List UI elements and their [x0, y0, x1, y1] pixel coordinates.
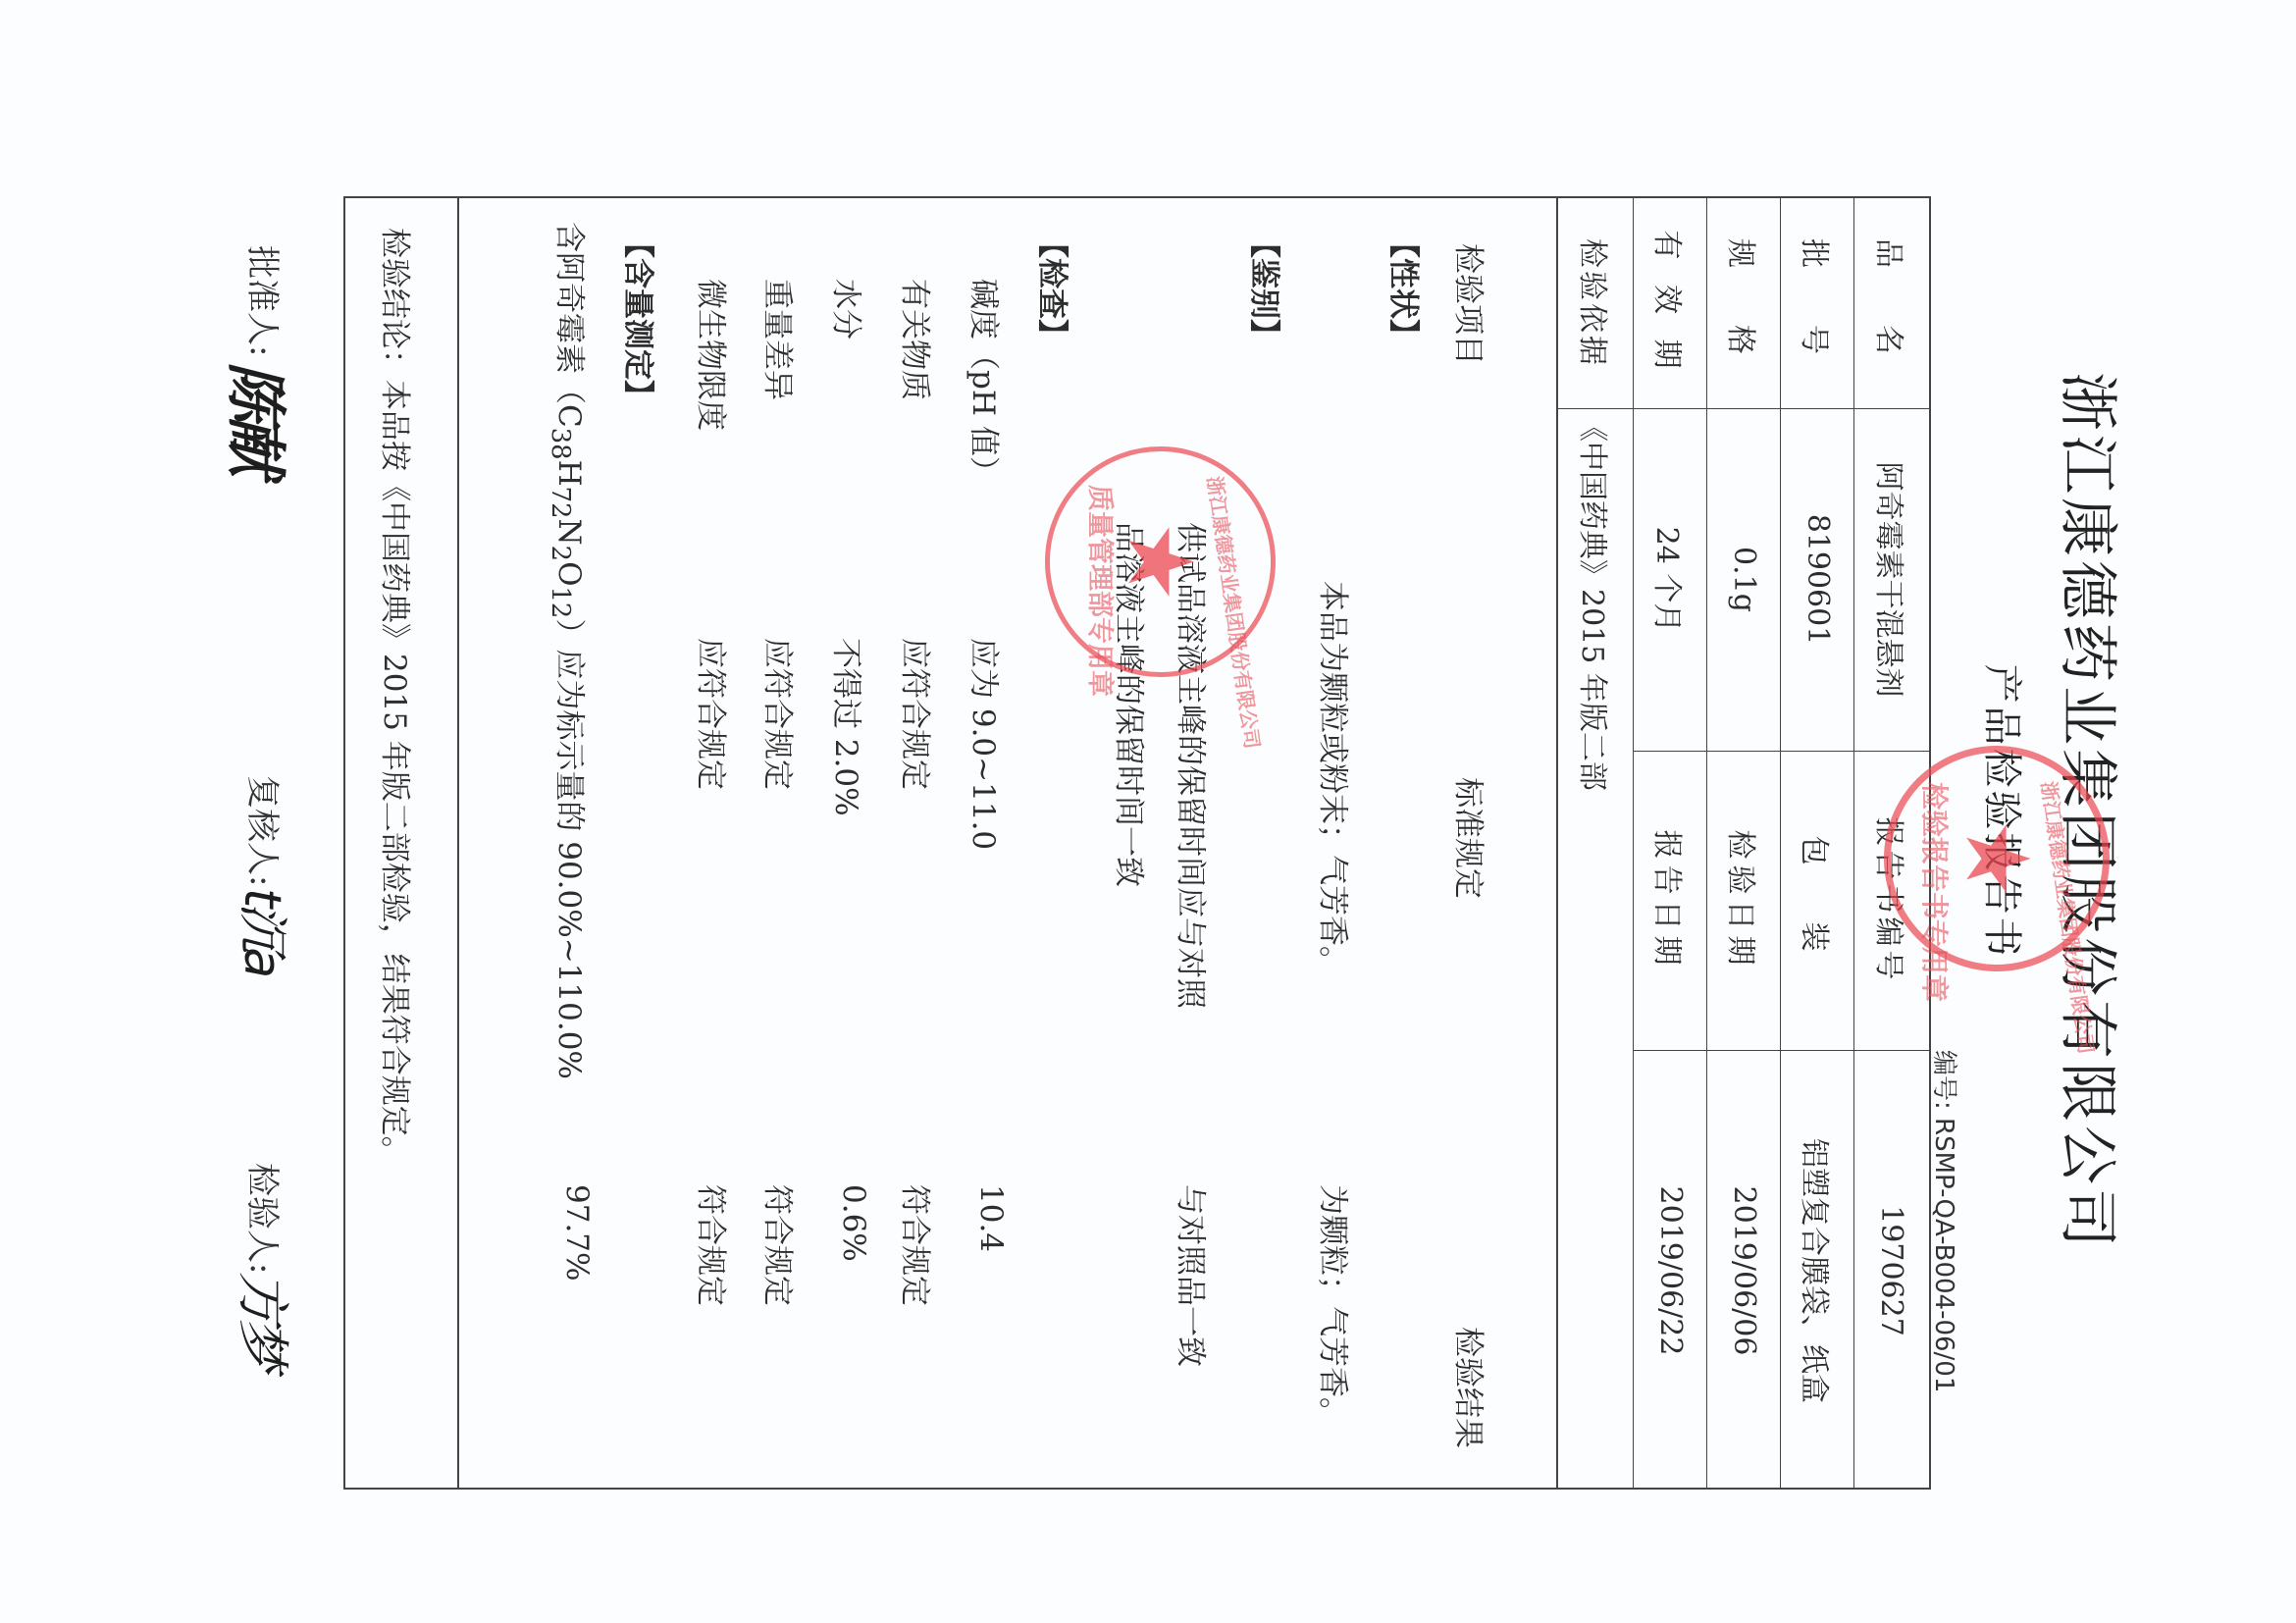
related-item: 有关物质	[896, 279, 940, 400]
validity-value: 24 个月	[1634, 408, 1707, 751]
package-label: 包 装	[1781, 751, 1854, 1050]
ph-result: 10.4	[973, 1184, 1009, 1252]
micro-result: 符合规定	[692, 1184, 736, 1306]
qa-seal-bottom-text: 质量管理部专用章	[1083, 485, 1122, 697]
basis-label: 检验依据	[1558, 198, 1634, 408]
report-date-label: 报告日期	[1634, 751, 1707, 1050]
section-identification: 【鉴别】	[1245, 228, 1289, 349]
report-no-value: 1970627	[1854, 1050, 1929, 1492]
qa-seal-stamp: ★ 浙江康德药业集团股份有限公司 质量管理部专用章	[1045, 446, 1276, 677]
appearance-result: 为颗粒；气芳香。	[1314, 1184, 1358, 1428]
ph-item: 碱度（pH 值）	[965, 279, 1009, 487]
column-item-header: 检验项目	[1449, 243, 1493, 365]
document-code-label: 编号:	[1929, 1050, 1958, 1110]
report-seal-top-text: 浙江康德药业集团股份有限公司	[2036, 779, 2103, 1055]
water-result: 0.6%	[836, 1184, 871, 1262]
product-name-value: 阿奇霉素干混悬剂	[1854, 408, 1929, 751]
test-date-value: 2019/06/06	[1707, 1050, 1781, 1492]
seal-star-icon: ★	[1108, 521, 1213, 602]
conclusion: 检验结论：本品按《中国药典》2015 年版二部检验，结果符合规定。	[376, 228, 420, 1167]
approver-signature: 陈献	[217, 361, 304, 471]
report-date-value: 2019/06/22	[1634, 1050, 1707, 1492]
related-result: 符合规定	[896, 1184, 940, 1306]
batch-label: 批 号	[1781, 198, 1854, 408]
appearance-standard: 本品为颗粒或粉末；气芳香。	[1314, 581, 1358, 976]
assay-result: 97.7%	[559, 1184, 595, 1281]
column-standard-header: 标准规定	[1449, 777, 1493, 899]
product-name-label: 品 名	[1854, 198, 1929, 408]
reviewer-label: 复核人:	[241, 775, 289, 886]
assay-standard: 含阿奇霉素（C38H72N2O12）应为标示量的 90.0%~110.0%	[546, 222, 595, 1079]
section-assay: 【含量测定】	[619, 228, 663, 410]
section-inspection: 【检查】	[1033, 228, 1077, 349]
reviewer-signature: t沉a	[231, 888, 304, 972]
basis-value: 《中国药典》2015 年版二部	[1558, 408, 1634, 1054]
section-appearance: 【性状】	[1384, 228, 1429, 349]
identification-result: 与对照品一致	[1172, 1184, 1216, 1367]
related-standard: 应符合规定	[896, 638, 940, 790]
inspector-label: 检验人:	[241, 1163, 289, 1274]
report-table: 品 名 阿奇霉素干混悬剂 报告书编号 1970627 批 号 8190601 包…	[343, 196, 1931, 1490]
micro-item: 微生物限度	[692, 279, 736, 431]
spec-label: 规 格	[1707, 198, 1781, 408]
water-standard: 不得过 2.0%	[827, 638, 871, 816]
micro-standard: 应符合规定	[692, 638, 736, 790]
column-result-header: 检验结果	[1449, 1327, 1493, 1448]
water-item: 水分	[827, 279, 871, 340]
validity-label: 有 效 期	[1634, 198, 1707, 408]
weight-standard: 应符合规定	[758, 638, 803, 790]
package-value: 铝塑复合膜袋、纸盒	[1781, 1050, 1854, 1492]
inspection-report-page: 浙江康德药业集团股份有限公司 产品检验报告书 编号: RSMP-QA-B004-…	[0, 0, 2296, 1623]
ph-standard: 应为 9.0~11.0	[965, 638, 1009, 850]
report-seal-stamp: ★ 浙江康德药业集团股份有限公司 检验报告书专用章	[1884, 746, 2110, 971]
batch-value: 8190601	[1781, 408, 1854, 751]
spec-value: 0.1g	[1707, 408, 1781, 751]
test-date-label: 检验日期	[1707, 751, 1781, 1050]
approver-label: 批准人:	[241, 245, 289, 356]
weight-item: 重量差异	[758, 279, 803, 400]
inspector-signature: 方梦	[229, 1271, 304, 1365]
seal-star-icon: ★	[1946, 819, 2049, 899]
weight-result: 符合规定	[758, 1184, 803, 1306]
document-code: 编号: RSMP-QA-B004-06/01	[1928, 1050, 1964, 1392]
document-code-value: RSMP-QA-B004-06/01	[1929, 1118, 1958, 1392]
report-seal-bottom-text: 检验报告书专用章	[1916, 782, 1956, 1002]
